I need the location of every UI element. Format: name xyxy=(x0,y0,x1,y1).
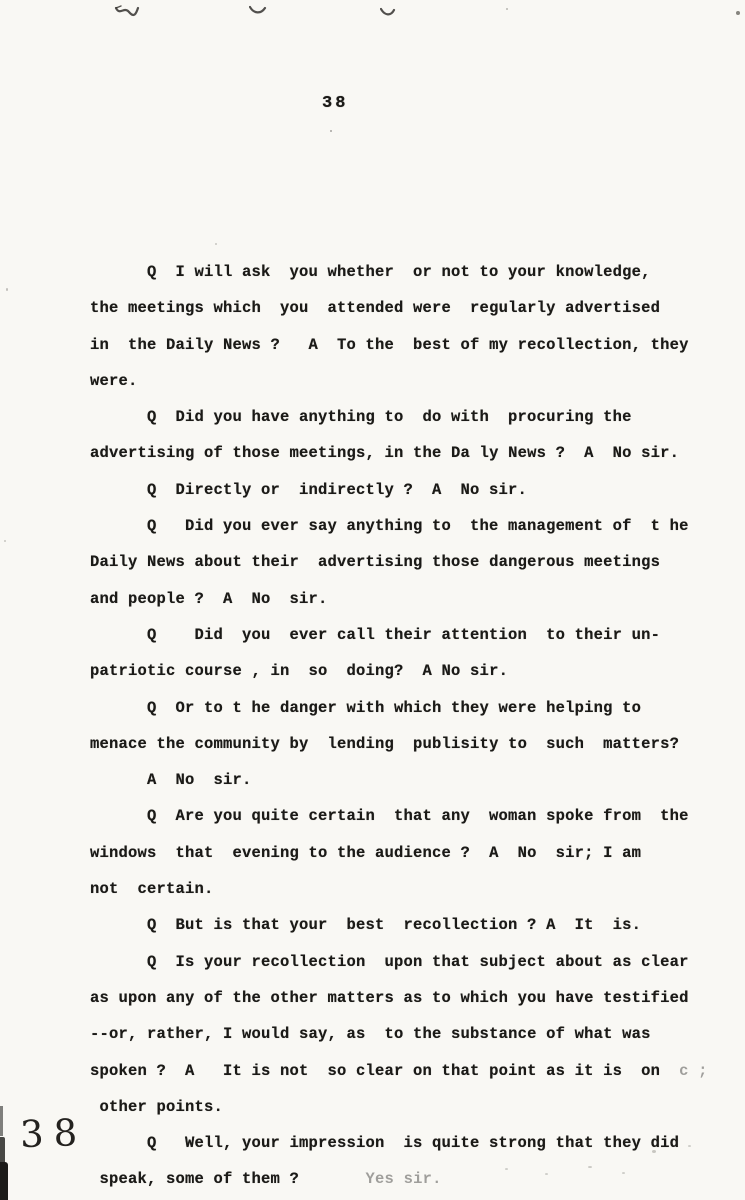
transcript-line: other points. xyxy=(90,1089,735,1125)
transcript-line: Q Are you quite certain that any woman s… xyxy=(90,798,735,834)
ink-squiggle-mark xyxy=(380,7,396,17)
typewritten-text: in the Daily News ? A To the best of my … xyxy=(90,336,689,354)
typewritten-text: the meetings which you attended were reg… xyxy=(90,299,660,317)
transcript-line: patriotic course , in so doing? A No sir… xyxy=(90,653,735,689)
typewritten-text: --or, rather, I would say, as to the sub… xyxy=(90,1025,651,1043)
typewritten-text: Q Well, your impression is quite strong … xyxy=(147,1134,679,1152)
paper-speck xyxy=(506,8,508,10)
transcript-line: were. xyxy=(90,363,735,399)
transcript-line: Q Directly or indirectly ? A No sir. xyxy=(90,472,735,508)
typewritten-text: Q Or to t he danger with which they were… xyxy=(147,699,641,717)
transcript-body: Q I will ask you whether or not to your … xyxy=(90,254,735,1198)
paper-speck xyxy=(736,11,740,15)
typewritten-text: A No sir. xyxy=(147,771,252,789)
transcript-line: advertising of those meetings, in the Da… xyxy=(90,435,735,471)
transcript-line: Q Or to t he danger with which they were… xyxy=(90,690,735,726)
typewritten-text: and people ? A No sir. xyxy=(90,590,328,608)
ink-squiggle-mark xyxy=(114,3,140,19)
transcript-line: Q Did you have anything to do with procu… xyxy=(90,399,735,435)
transcript-line: Q Did you ever say anything to the manag… xyxy=(90,508,735,544)
scan-edge-artifact xyxy=(0,1162,8,1200)
typewritten-text: patriotic course , in so doing? A No sir… xyxy=(90,662,508,680)
paper-speck xyxy=(6,288,8,291)
transcript-line: as upon any of the other matters as to w… xyxy=(90,980,735,1016)
faded-ink-residue xyxy=(545,1173,548,1175)
typewritten-text: Q Did you have anything to do with procu… xyxy=(147,408,632,426)
transcript-line: menace the community by lending publisit… xyxy=(90,726,735,762)
transcript-line: Q But is that your best recollection ? A… xyxy=(90,907,735,943)
typewritten-text: Q Directly or indirectly ? A No sir. xyxy=(147,481,527,499)
typewritten-text: Q Did you ever call their attention to t… xyxy=(147,626,660,644)
typewritten-text: advertising of those meetings, in the Da… xyxy=(90,444,679,462)
typewritten-text: spoken ? A It is not so clear on that po… xyxy=(90,1062,660,1080)
transcript-line: Q Is your recollection upon that subject… xyxy=(90,944,735,980)
typewritten-text: menace the community by lending publisit… xyxy=(90,735,679,753)
ink-squiggle-mark xyxy=(249,5,267,15)
faded-ink-residue xyxy=(622,1172,625,1174)
transcript-line: and people ? A No sir. xyxy=(90,581,735,617)
faded-ink-residue xyxy=(652,1150,656,1153)
transcript-line: windows that evening to the audience ? A… xyxy=(90,835,735,871)
transcript-line: Daily News about their advertising those… xyxy=(90,544,735,580)
typewritten-text: Q Did you ever say anything to the manag… xyxy=(147,517,689,535)
transcript-line: --or, rather, I would say, as to the sub… xyxy=(90,1016,735,1052)
transcript-line: A No sir. xyxy=(90,762,735,798)
typewritten-text: speak, some of them ? xyxy=(90,1170,299,1188)
transcript-line: Q Did you ever call their attention to t… xyxy=(90,617,735,653)
paper-speck xyxy=(330,130,332,132)
transcript-line: Q Well, your impression is quite strong … xyxy=(90,1125,735,1161)
scan-edge-artifact xyxy=(0,1137,5,1164)
typewritten-text: not certain. xyxy=(90,880,214,898)
faded-typewritten-text: c ; xyxy=(660,1062,708,1080)
transcript-line: in the Daily News ? A To the best of my … xyxy=(90,327,735,363)
paper-speck xyxy=(215,243,217,245)
typewritten-text: were. xyxy=(90,372,138,390)
typewritten-text: Q I will ask you whether or not to your … xyxy=(147,263,651,281)
transcript-line: speak, some of them ? Yes sir. xyxy=(90,1161,735,1197)
transcript-line: the meetings which you attended were reg… xyxy=(90,290,735,326)
typewritten-text: as upon any of the other matters as to w… xyxy=(90,989,689,1007)
typewritten-text: Q Are you quite certain that any woman s… xyxy=(147,807,689,825)
faded-ink-residue xyxy=(688,1145,691,1147)
faded-typewritten-text: Yes sir. xyxy=(299,1170,442,1188)
handwritten-page-number: 38 xyxy=(19,1111,88,1156)
transcript-line: not certain. xyxy=(90,871,735,907)
typewritten-text: other points. xyxy=(90,1098,223,1116)
faded-ink-residue xyxy=(505,1168,508,1170)
typewritten-text: windows that evening to the audience ? A… xyxy=(90,844,641,862)
scanned-document-page: 38 Q I will ask you whether or not to yo… xyxy=(0,0,745,1200)
transcript-line: Q I will ask you whether or not to your … xyxy=(90,254,735,290)
typewritten-text: Q But is that your best recollection ? A… xyxy=(147,916,641,934)
transcript-line: spoken ? A It is not so clear on that po… xyxy=(90,1053,735,1089)
faded-ink-residue xyxy=(588,1166,592,1168)
scan-edge-artifact xyxy=(0,1106,3,1136)
typewritten-text: Q Is your recollection upon that subject… xyxy=(147,953,689,971)
page-number: 38 xyxy=(322,94,348,113)
paper-speck xyxy=(4,540,6,542)
typewritten-text: Daily News about their advertising those… xyxy=(90,553,660,571)
